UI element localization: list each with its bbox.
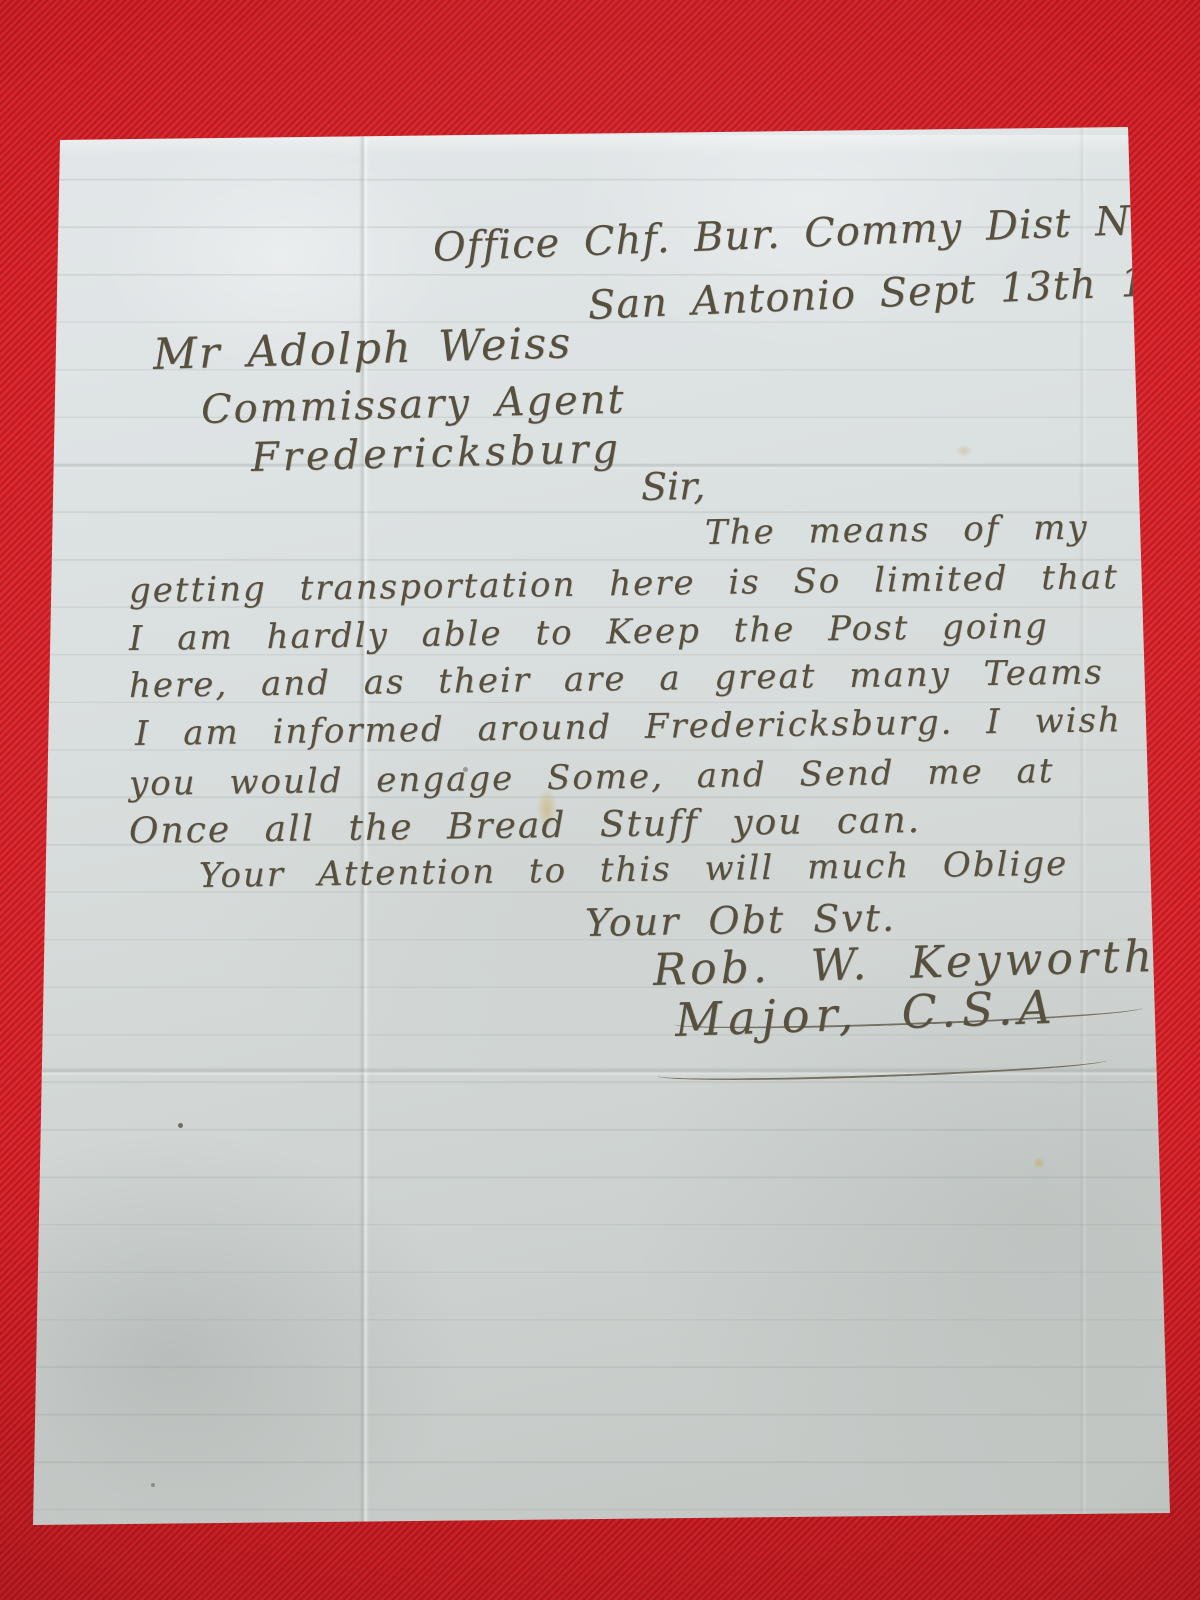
paper-speck <box>178 1123 183 1128</box>
letter-paper: Office Chf. Bur. Commy Dist No 7 San Ant… <box>33 115 1170 1525</box>
body-line: The means of my <box>705 508 1089 553</box>
paper-speck <box>151 1483 155 1487</box>
closing: Your Obt Svt. <box>585 896 897 945</box>
salutation: Sir, <box>641 464 706 509</box>
recipient-location: Fredericksburg <box>250 426 622 481</box>
photo-red-fabric-background: Office Chf. Bur. Commy Dist No 7 San Ant… <box>0 0 1200 1600</box>
